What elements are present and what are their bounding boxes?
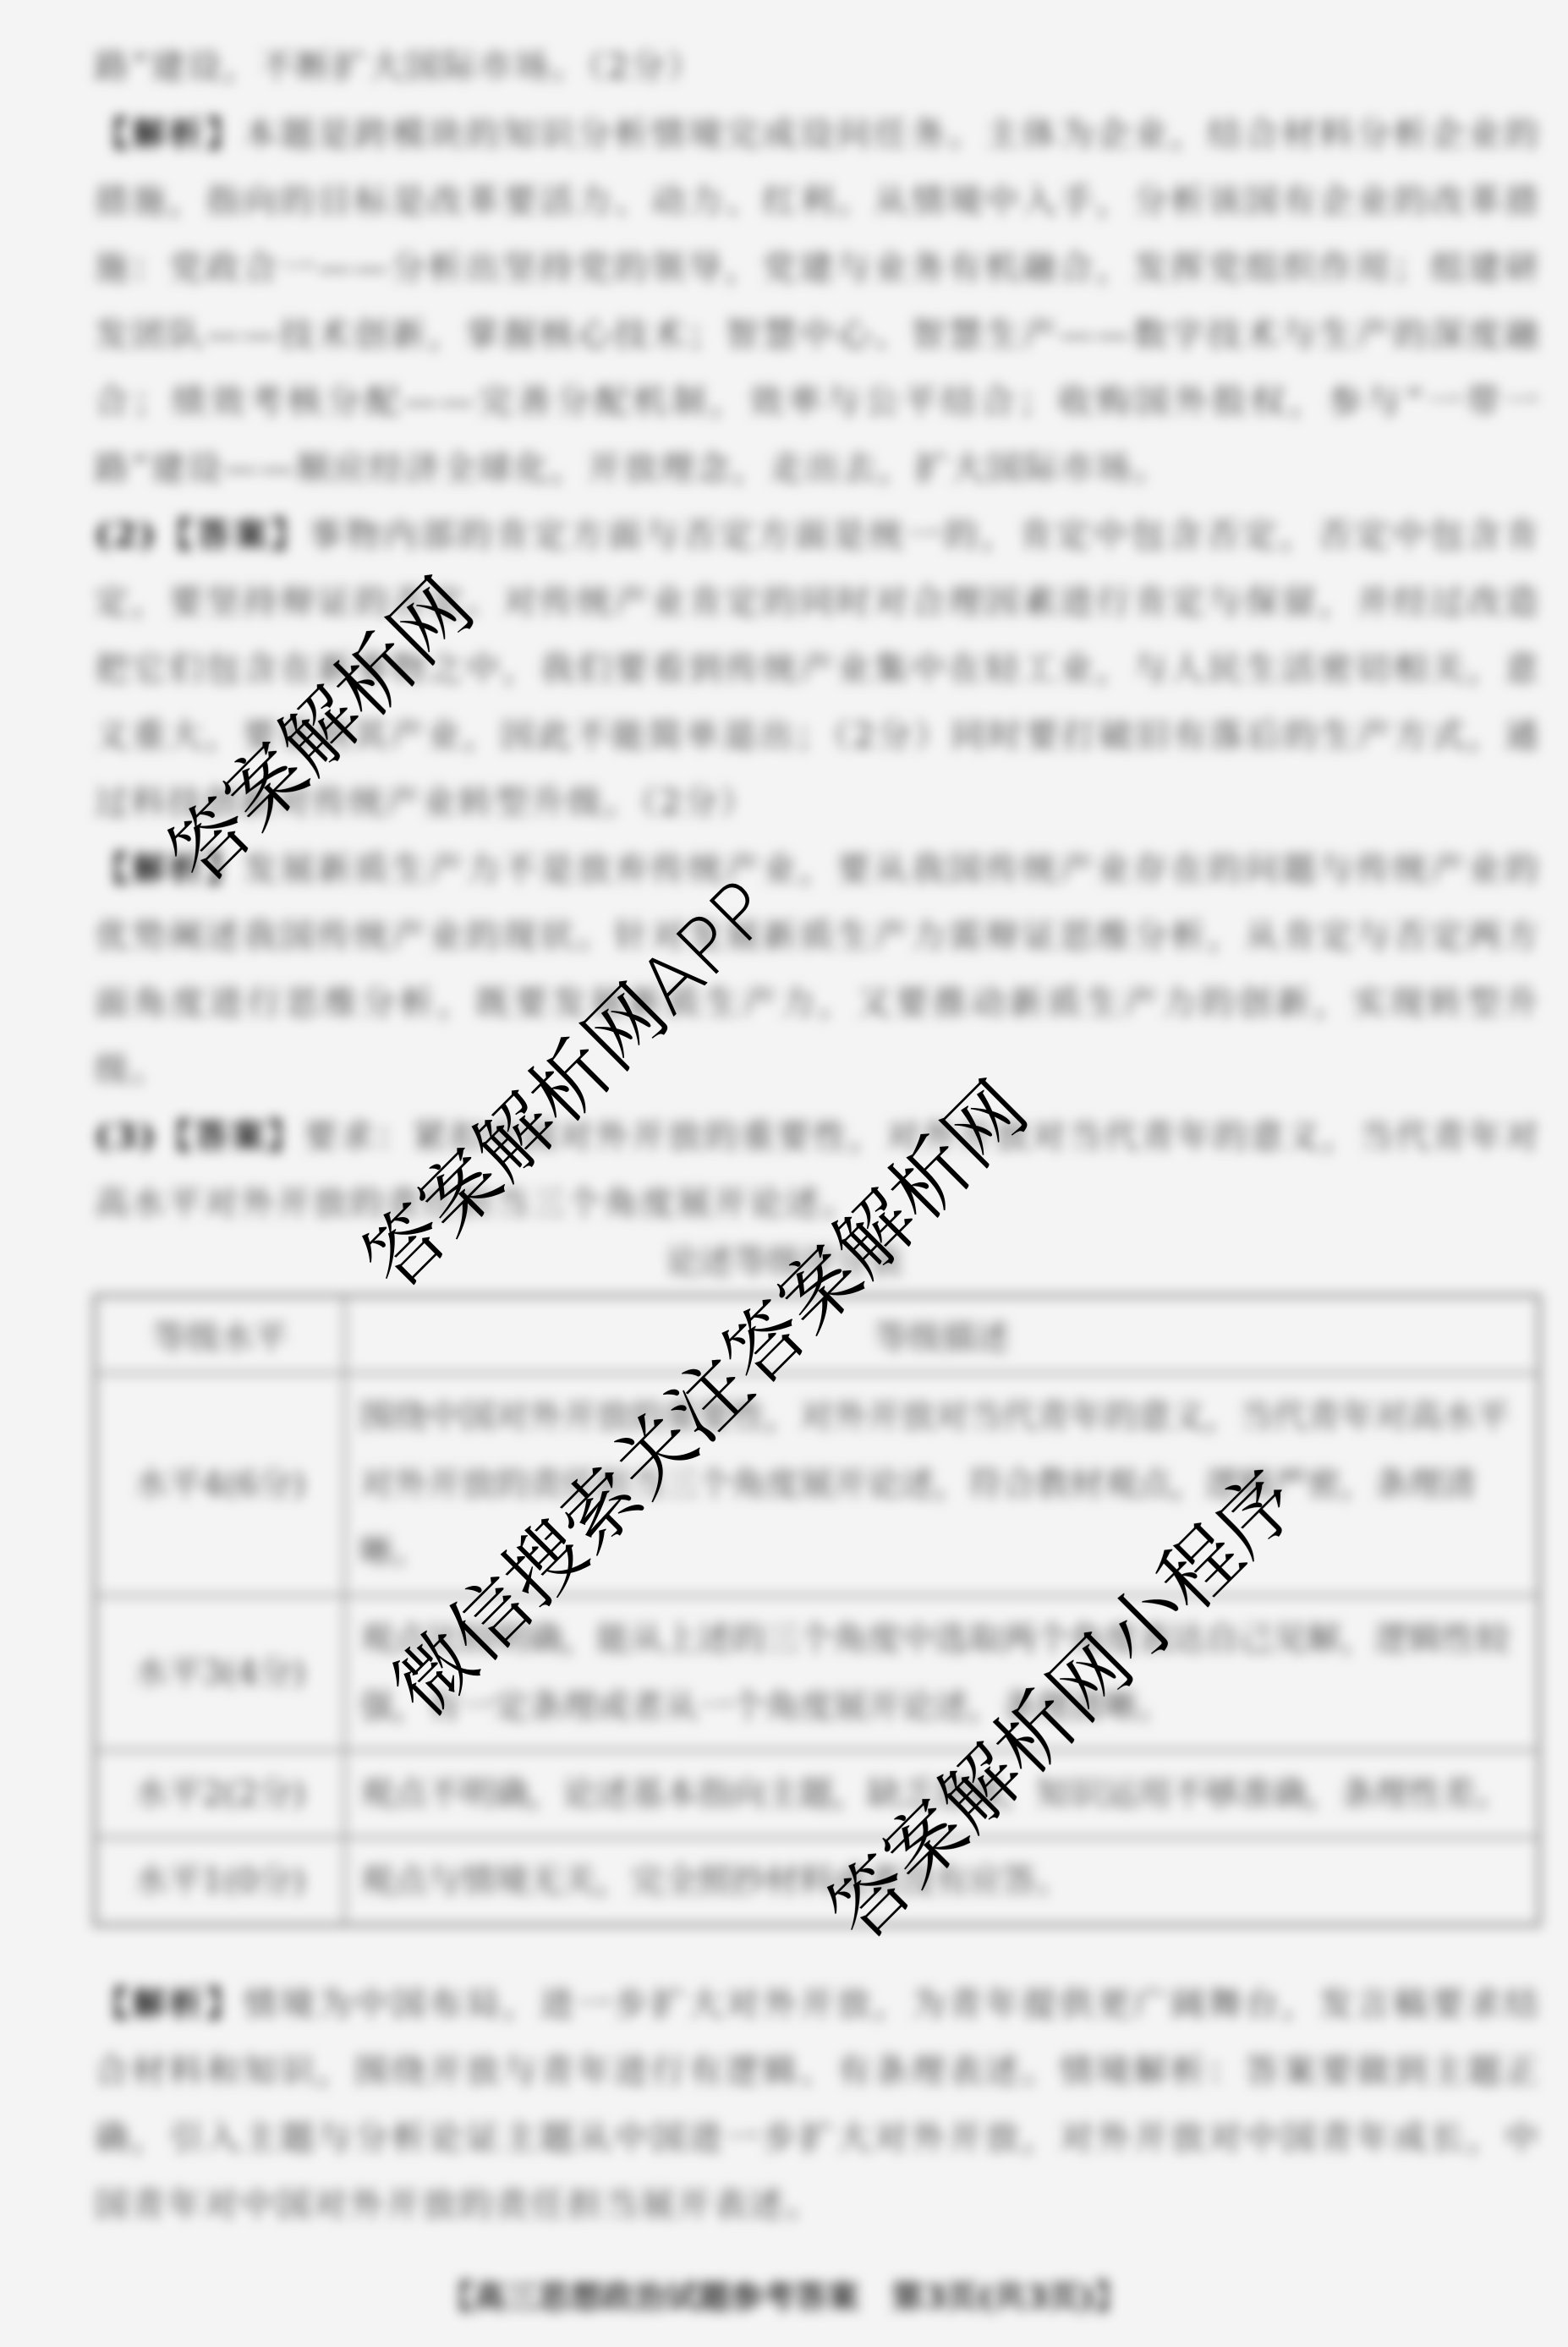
paragraph-p3: 【解析】发展新质生产力不是放弃传统产业，要从我国传统产业存在的问题与传统产业的优…: [95, 836, 1541, 1104]
paragraph-p0: 路”建设，不断扩大国际市场。（2分）: [95, 34, 1541, 101]
grade-level: 水平3(4分): [95, 1596, 345, 1751]
table-row: 水平2(2分)观点不明确，论述基本指向主题，缺乏逻辑，知识运用不够准确，条理性差…: [95, 1751, 1539, 1838]
page-footer: 【高三思想政治试题参考答案 第3页(共3页)】: [0, 2271, 1568, 2317]
section-tag: 【解析】: [95, 114, 243, 154]
grading-table: 等级水平 等级描述 水平4(6分)围绕中国对外开放的重要性，对外开放对当代青年的…: [93, 1294, 1541, 1927]
grade-level: 水平4(6分): [95, 1374, 345, 1596]
paragraph-text: 发展新质生产力不是放弃传统产业，要从我国传统产业存在的问题与传统产业的优势阐述我…: [95, 850, 1541, 1089]
document-page: 路”建设，不断扩大国际市场。（2分）【解析】本题是跨模块的知识分析情境完成设问任…: [0, 0, 1568, 2347]
table-row: 水平3(4分)观点比较明确，能从上述的三个角度中选取两个角度表达自己见解，逻辑性…: [95, 1596, 1539, 1751]
paragraph-text: 路”建设，不断扩大国际市场。（2分）: [95, 47, 704, 86]
table-header-level: 等级水平: [95, 1296, 345, 1374]
grade-level: 水平2(2分): [95, 1751, 345, 1838]
table-header-desc: 等级描述: [345, 1296, 1540, 1374]
closing-paragraph: 【解析】情境为中国布局，进一步扩大对外开放，为青年提供更广阔舞台，发言稿要求结合…: [95, 1971, 1541, 2239]
section-tag: 【解析】: [95, 1984, 243, 2024]
section-tag: (2)【答案】: [95, 515, 309, 555]
table-row: 水平4(6分)围绕中国对外开放的重要性，对外开放对当代青年的意义，当代青年对高水…: [95, 1374, 1539, 1596]
grade-level: 水平1(0分): [95, 1838, 345, 1926]
paragraph-p1: 【解析】本题是跨模块的知识分析情境完成设问任务。主体为企业，结合材料分析企业的措…: [95, 101, 1541, 502]
paragraph-text: 本题是跨模块的知识分析情境完成设问任务。主体为企业，结合材料分析企业的措施，指向…: [95, 115, 1541, 488]
section-tag: (3)【答案】: [95, 1116, 304, 1156]
paragraph-text: 情境为中国布局，进一步扩大对外开放，为青年提供更广阔舞台，发言稿要求结合材料和知…: [95, 1985, 1541, 2224]
